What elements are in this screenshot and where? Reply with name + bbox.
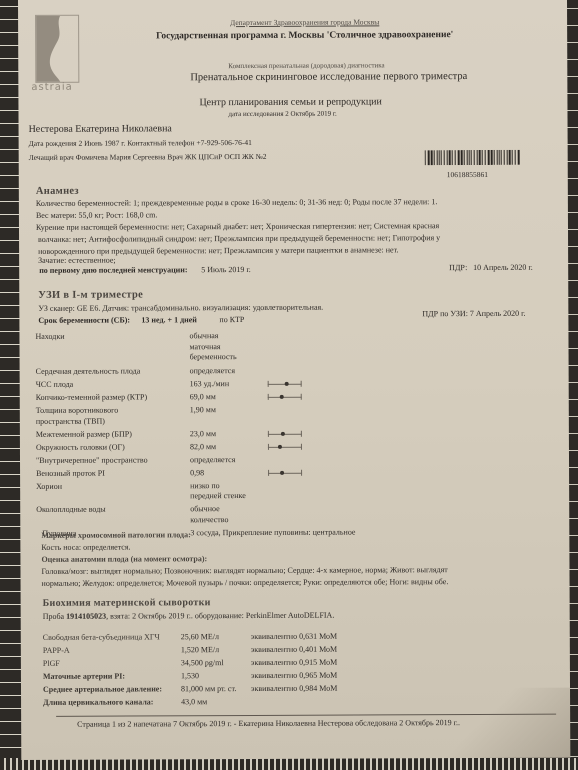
finding-label: Межтеменной размер (БПР) bbox=[36, 429, 132, 438]
finding-value: определяется bbox=[190, 366, 235, 375]
range-line bbox=[268, 397, 302, 398]
anamnesis-title: Анамнез bbox=[36, 186, 79, 197]
finding-label: Копчико-теменной размер (КТР) bbox=[36, 392, 147, 401]
anatomy-title: Оценка анатомии плода (на момент осмотра… bbox=[41, 554, 207, 564]
patient-info: Дата рождения 2 Июнь 1987 г. Контактный … bbox=[29, 138, 252, 148]
analyte-value: 25,60 МЕ/л bbox=[181, 632, 219, 641]
finding-value: количество bbox=[190, 515, 228, 524]
markers-title: Маркеры хромосомной патологии плода: bbox=[41, 530, 190, 540]
logo-silhouette-icon bbox=[36, 16, 78, 82]
anatomy-line: Головка/мозг: выглядят нормально; Позвон… bbox=[41, 565, 447, 576]
reference-range-marker bbox=[268, 381, 302, 387]
range-tick-left bbox=[268, 394, 269, 400]
finding-value: 1,90 мм bbox=[190, 405, 216, 414]
gestational-age-value: 13 нед. + 1 дней bbox=[141, 315, 197, 324]
astraia-logo bbox=[35, 15, 79, 83]
analyte-label: Свободная бета-субъединица ХГЧ bbox=[43, 632, 160, 642]
scanner-info: УЗ сканер: GE E6. Датчик: трансабдоминал… bbox=[38, 303, 323, 313]
range-tick-right bbox=[301, 430, 302, 436]
range-point bbox=[280, 470, 284, 474]
finding-value: 82,0 мм bbox=[190, 442, 216, 451]
edd-label: ПДР: bbox=[449, 263, 467, 272]
gestational-age-label: Срок беременности (СБ): bbox=[38, 316, 130, 325]
range-tick-left bbox=[268, 430, 269, 436]
range-tick-left bbox=[268, 443, 269, 449]
anamnesis-line: Количество беременностей: 1; преждевреме… bbox=[36, 197, 438, 208]
lmp-value: 5 Июль 2019 г. bbox=[201, 265, 251, 274]
range-tick-right bbox=[301, 443, 302, 449]
patient-name: Нестерова Екатерина Николаевна bbox=[29, 123, 172, 135]
analyte-mom: эквивалентно 0,401 МоМ bbox=[251, 645, 337, 654]
range-tick-right bbox=[301, 381, 302, 387]
complex-diagnostics-subtitle: Комплексная пренатальная (дородовая) диа… bbox=[228, 61, 384, 70]
finding-value: передней стенке bbox=[190, 491, 246, 500]
range-point bbox=[278, 444, 282, 448]
finding-label: Хорион bbox=[36, 481, 62, 490]
analyte-value: 81,000 мм рт. ст. bbox=[181, 684, 236, 693]
department-title: Департамент Здравоохранения города Москв… bbox=[230, 17, 379, 27]
analyte-label: Длина цервикального канала: bbox=[43, 697, 153, 706]
range-tick-right bbox=[301, 394, 302, 400]
gestational-age-method: по КТР bbox=[219, 315, 244, 324]
analyte-value: 1,530 bbox=[181, 671, 199, 680]
range-line bbox=[268, 472, 302, 473]
finding-value: 0,98 bbox=[190, 468, 204, 477]
reference-range-marker bbox=[268, 443, 302, 449]
finding-label: Сердечная деятельность плода bbox=[36, 366, 141, 375]
paper-shadow bbox=[430, 688, 570, 759]
finding-label: Окружность головки (ОГ) bbox=[36, 442, 125, 451]
finding-label: пространства (ТВП) bbox=[36, 416, 105, 425]
program-title: Государственная программа г. Москвы 'Сто… bbox=[156, 30, 453, 41]
finding-label: "Внутричерепное" пространство bbox=[36, 455, 148, 464]
reference-range-marker bbox=[268, 469, 302, 475]
finding-value: 23,0 мм bbox=[190, 429, 216, 438]
finding-value: маточная bbox=[189, 342, 220, 351]
finding-value: обычное bbox=[190, 504, 219, 513]
screening-title: Пренатальное скрининговое исследование п… bbox=[190, 71, 467, 83]
edd-ultrasound: ПДР по УЗИ: 7 Апрель 2020 г. bbox=[422, 309, 525, 318]
logo-text: astraia bbox=[31, 82, 72, 93]
analyte-label: Маточные артерии PI: bbox=[43, 672, 125, 681]
analyte-label: Среднее артериальное давление: bbox=[43, 684, 162, 694]
analyte-mom: эквивалентно 0,965 МоМ bbox=[251, 671, 337, 680]
analyte-mom: эквивалентно 0,915 МоМ bbox=[251, 658, 337, 667]
range-point bbox=[285, 382, 289, 386]
ultrasound-title: УЗИ в I-м триместре bbox=[38, 289, 143, 300]
finding-label: Венозный проток PI bbox=[36, 468, 105, 477]
lmp-label: по первому дню последней менструации: bbox=[39, 265, 187, 275]
anamnesis-line: Зачатие: естественное; bbox=[38, 256, 116, 265]
anamnesis-line: Вес матери: 55,0 кг; Рост: 168,0 cm. bbox=[36, 210, 157, 220]
range-tick-right bbox=[301, 469, 302, 475]
edd-value: 10 Апрель 2020 г. bbox=[473, 263, 533, 272]
sample-info: Проба 1914105023, взята: 2 Октябрь 2019 … bbox=[43, 611, 335, 621]
attending-doctor: Лечащий врач Фомичева Мария Сергеевна Вр… bbox=[29, 152, 267, 162]
document-page: astraia Департамент Здравоохранения горо… bbox=[18, 0, 570, 760]
finding-label: Толщина воротникового bbox=[36, 406, 118, 415]
barcode bbox=[425, 150, 523, 165]
finding-value: беременность bbox=[190, 352, 237, 361]
range-line bbox=[268, 446, 302, 447]
footer-text: Страница 1 из 2 напечатана 7 Октябрь 201… bbox=[77, 718, 460, 729]
finding-label: Находки bbox=[35, 332, 64, 341]
finding-value: 69,0 мм bbox=[190, 392, 216, 401]
center-name: Центр планирования семьи и репродукции bbox=[199, 96, 381, 108]
finding-value: 3 сосуда, Прикрепление пуповины: централ… bbox=[190, 527, 355, 537]
anamnesis-line: волчанка: нет; Антифосфолипидный синдром… bbox=[38, 233, 440, 244]
anatomy-line: нормально; Желудок: определяется; Мочево… bbox=[42, 577, 449, 588]
sample-suffix: , взята: 2 Октябрь 2019 г.. оборудование… bbox=[106, 611, 334, 621]
range-point bbox=[280, 395, 284, 399]
analyte-label: PAPP-A bbox=[43, 646, 70, 655]
analyte-label: PlGF bbox=[43, 659, 60, 668]
finding-value: низко по bbox=[190, 481, 220, 490]
anamnesis-line: новорожденного при предыдущей беременнос… bbox=[38, 245, 398, 256]
barcode-number: 10618855861 bbox=[447, 170, 488, 179]
anamnesis-line: Курение при настоящей беременности: нет;… bbox=[36, 221, 439, 232]
analyte-value: 34,500 pg/ml bbox=[181, 658, 224, 667]
finding-value: определяется bbox=[190, 455, 235, 464]
reference-range-marker bbox=[268, 430, 302, 436]
range-point bbox=[281, 431, 285, 435]
sample-id: 1914105023 bbox=[66, 612, 106, 621]
finding-label: Околоплодные воды bbox=[36, 505, 105, 514]
exam-date: дата исследования 2 Октябрь 2019 г. bbox=[228, 110, 336, 118]
range-tick-left bbox=[268, 469, 269, 475]
analyte-value: 43,0 мм bbox=[181, 697, 207, 706]
analyte-mom: эквивалентно 0,984 МоМ bbox=[251, 684, 337, 693]
markers-text: Кость носа: определяется. bbox=[41, 543, 130, 552]
sample-prefix: Проба bbox=[43, 612, 66, 621]
analyte-value: 1,520 МЕ/л bbox=[181, 645, 219, 654]
finding-value: обычная bbox=[189, 331, 218, 340]
biochemistry-title: Биохимия материнской сыворотки bbox=[43, 597, 211, 609]
finding-label: ЧСС плода bbox=[36, 380, 74, 389]
finding-value: 163 уд./мин bbox=[190, 379, 229, 388]
range-tick-left bbox=[268, 381, 269, 387]
background-fabric-bottom bbox=[0, 758, 578, 770]
analyte-mom: эквивалентно 0,631 МоМ bbox=[251, 632, 337, 641]
reference-range-marker bbox=[268, 394, 302, 400]
